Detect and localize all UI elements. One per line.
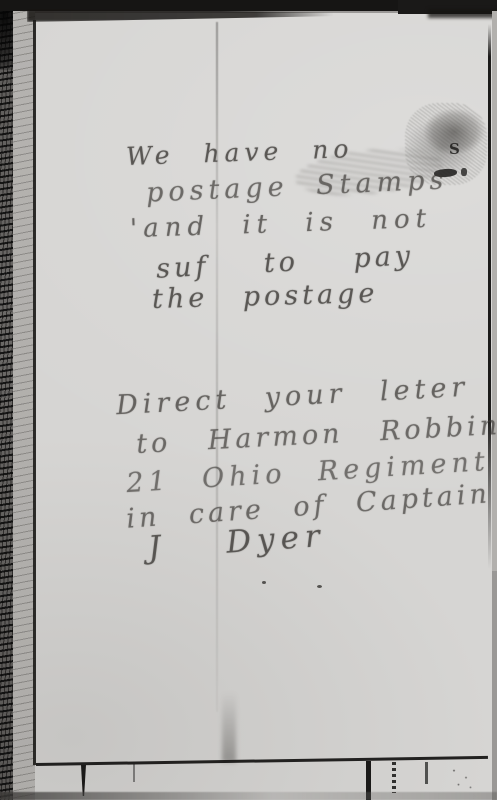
smudge-streak [222, 692, 236, 762]
edge-tick-mark [392, 762, 396, 793]
scan-margin-right [492, 11, 497, 571]
handwriting-line: the postage [152, 278, 379, 315]
fold-crease [216, 22, 218, 712]
film-edge-bottom [0, 792, 497, 800]
edge-speckles [448, 765, 478, 793]
stamp-mark-glyph: S [449, 140, 460, 158]
film-edge-left [0, 0, 13, 800]
ink-blot [461, 168, 467, 176]
ink-speck [317, 585, 322, 588]
edge-tick-mark [425, 762, 428, 784]
scan-margin-left [13, 6, 35, 800]
edge-tick-mark [133, 764, 135, 782]
paper-top-edge-shadow-right [428, 9, 497, 18]
letter-scan-page: S We have no postage Stamps 'and it is n… [0, 0, 497, 800]
ink-speck [262, 581, 266, 584]
paper-left-edge-line [33, 20, 36, 765]
